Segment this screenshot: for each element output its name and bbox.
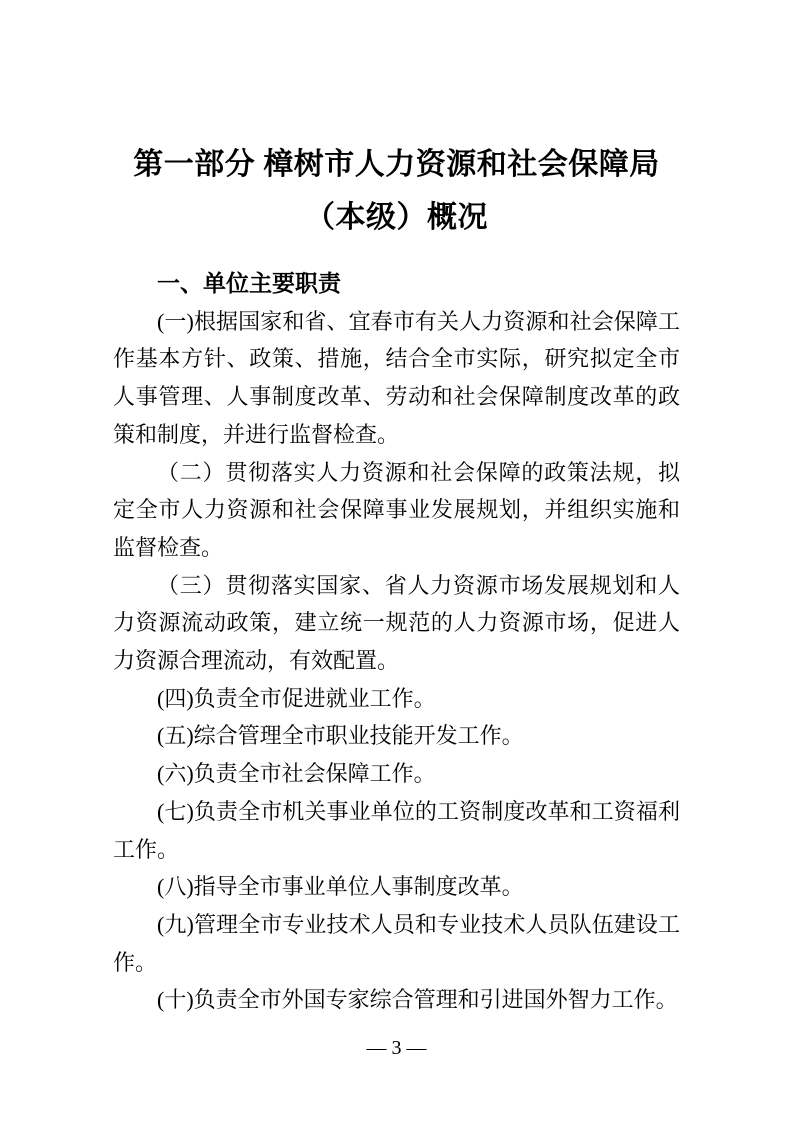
body-paragraphs: (一)根据国家和省、宜春市有关人力资源和社会保障工作基本方针、政策、措施，结合全… — [113, 303, 680, 1019]
paragraph: (八)指导全市事业单位人事制度改革。 — [113, 868, 680, 906]
title-line-2: （本级）概况 — [60, 191, 733, 244]
section-heading: 一、单位主要职责 — [113, 265, 680, 303]
paragraph: (九)管理全市专业技术人员和专业技术人员队伍建设工作。 — [113, 906, 680, 981]
paragraph: (十)负责全市外国专家综合管理和引进国外智力工作。 — [113, 981, 680, 1019]
paragraph: (四)负责全市促进就业工作。 — [113, 680, 680, 718]
paragraph: （二）贯彻落实人力资源和社会保障的政策法规，拟定全市人力资源和社会保障事业发展规… — [113, 454, 680, 567]
paragraph: (七)负责全市机关事业单位的工资制度改革和工资福利工作。 — [113, 793, 680, 868]
document-body: 一、单位主要职责 (一)根据国家和省、宜春市有关人力资源和社会保障工作基本方针、… — [113, 265, 680, 1019]
paragraph: (五)综合管理全市职业技能开发工作。 — [113, 717, 680, 755]
paragraph: (六)负责全市社会保障工作。 — [113, 755, 680, 793]
paragraph: (一)根据国家和省、宜春市有关人力资源和社会保障工作基本方针、政策、措施，结合全… — [113, 303, 680, 454]
document-page: 第一部分 樟树市人力资源和社会保障局 （本级）概况 一、单位主要职责 (一)根据… — [0, 0, 793, 1122]
document-title: 第一部分 樟树市人力资源和社会保障局 （本级）概况 — [60, 138, 733, 244]
page-number: — 3 — — [0, 1034, 793, 1062]
title-line-1: 第一部分 樟树市人力资源和社会保障局 — [60, 138, 733, 191]
paragraph: （三）贯彻落实国家、省人力资源市场发展规划和人力资源流动政策，建立统一规范的人力… — [113, 567, 680, 680]
